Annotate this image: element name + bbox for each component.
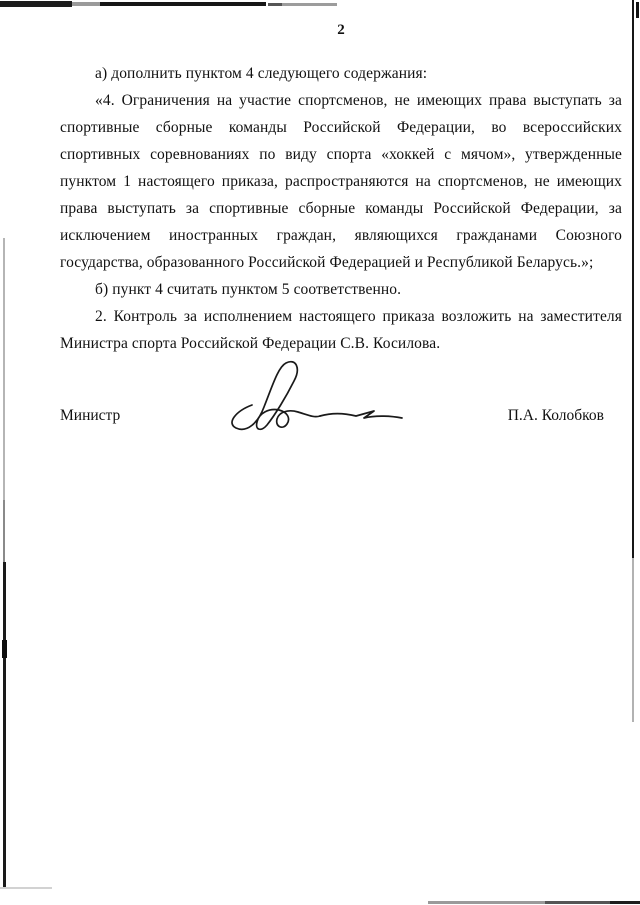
scan-artifact-left-edge	[3, 562, 6, 888]
scan-artifact-left-edge	[3, 238, 5, 500]
signature-block: Министр П.А. Колобков	[60, 405, 622, 427]
page-number: 2	[60, 20, 622, 40]
paragraph-subitem-a: а) дополнить пунктом 4 следующего содерж…	[60, 60, 622, 87]
scan-artifact-top-edge	[282, 3, 337, 6]
document-content: 2 а) дополнить пунктом 4 следующего соде…	[60, 20, 622, 427]
scan-artifact-right-edge	[632, 558, 634, 722]
scan-artifact-bottom-edge	[610, 901, 640, 904]
paragraph-item-2-control: 2. Контроль за исполнением настоящего пр…	[60, 303, 622, 357]
scan-artifact-bottom-edge	[545, 901, 610, 904]
scan-artifact-top-edge	[0, 1, 72, 7]
scan-artifact-top-edge	[100, 2, 266, 6]
scan-artifact-left-edge	[3, 500, 5, 562]
scan-artifact-right-edge	[636, 2, 639, 18]
scan-artifact-bottom-edge	[428, 901, 545, 904]
scan-artifact-top-edge	[72, 2, 100, 6]
scan-artifact-left-edge	[2, 640, 7, 658]
scan-artifact-right-edge	[632, 0, 634, 558]
minister-signature-image	[220, 357, 425, 445]
document-page: 2 а) дополнить пунктом 4 следующего соде…	[0, 0, 640, 905]
scan-artifact-top-edge	[268, 3, 282, 6]
paragraph-clause-4-quote: «4. Ограничения на участие спортсменов, …	[60, 87, 622, 276]
minister-title: Министр	[60, 405, 120, 427]
minister-name: П.А. Колобков	[508, 405, 622, 427]
paragraph-subitem-b: б) пункт 4 считать пунктом 5 соответстве…	[60, 276, 622, 303]
scan-artifact-bottom-edge	[0, 887, 52, 889]
